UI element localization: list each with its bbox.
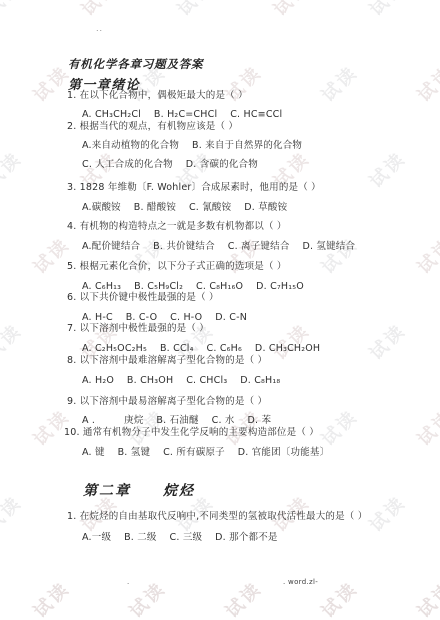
question-text: 9. 以下溶剂中最易溶解离子型化合物的是（ ） — [67, 396, 267, 408]
question-options: C. 人工合成的化合物 D. 含碳的化合物 — [82, 159, 258, 171]
question-options: A.碳酸铵 B. 醋酸铵 C. 氰酸铵 D. 草酸铵 — [82, 202, 287, 214]
question-options: A.配价键结合 B. 共价键结合 C. 离子键结合 D. 氢键结合 — [82, 241, 355, 253]
question-text: 1. 在烷烃的自由基取代反响中,不同类型的氢被取代活性最大的是（ ） — [67, 511, 367, 523]
page-top-dots: .. — [96, 24, 103, 33]
doc-title: 有机化学各章习题及答案 — [68, 56, 203, 72]
question-text: 7. 以下溶剂中极性最强的是（ ） — [67, 323, 209, 335]
question-options: A. C₂H₅OC₂H₅ B. CCl₄ C. C₆H₆ D. CH₃CH₂OH — [82, 343, 320, 355]
question-options: A.来自动植物的化合物 B. 来自于自然界的化合物 — [82, 140, 302, 152]
question-options: A . 庚烷 B. 石油醚 C. 水 D. 苯 — [82, 415, 271, 427]
document-content: .. 有机化学各章习题及答案 第一章绪论 1. 在以下化合物中，偶极矩最大的是（… — [0, 0, 440, 620]
chapter-2-heading: 第二章 烷烃 — [83, 480, 195, 500]
question-options: A. H₂O B. CH₃OH C. CHCl₃ D. C₈H₁₈ — [82, 375, 280, 387]
question-text: 2. 根据当代的观点，有机物应该是（ ） — [67, 121, 238, 133]
footer-note: . word.zl- — [283, 578, 318, 586]
question-text: 8. 以下溶剂中最难溶解离子型化合物的是（ ） — [67, 355, 267, 367]
question-options: A. CH₃CH₂Cl B. H₂C=CHCl C. HC≡CCl — [82, 109, 282, 121]
document-page: 试读试读试读试读试读试读试读试读试读试读试读试读试读试读试读试读试读试读试读试读… — [0, 0, 440, 620]
question-text: 3. 1828 年维勒〔F. Wohler〕合成尿素时，他用的是（ ） — [67, 182, 321, 194]
question-text: 10. 通常有机物分子中发生化学反响的主要构造部位是（ ） — [64, 427, 319, 439]
question-options: A.一级 B. 二级 C. 三级 D. 那个都不是 — [82, 532, 278, 544]
question-options: A. 键 B. 氢键 C. 所有碳原子 D. 官能团〔功能基〕 — [82, 447, 329, 459]
question-text: 4. 有机物的构造特点之一就是多数有机物都以（ ） — [67, 221, 287, 233]
question-text: 6. 以下共价键中极性最强的是（ ） — [67, 292, 219, 304]
question-text: 5. 根椐元素化合价，以下分子式正确的选项是（ ） — [67, 261, 287, 273]
question-text: 1. 在以下化合物中，偶极矩最大的是（ ） — [67, 90, 248, 102]
footer-dot: . — [127, 578, 129, 586]
